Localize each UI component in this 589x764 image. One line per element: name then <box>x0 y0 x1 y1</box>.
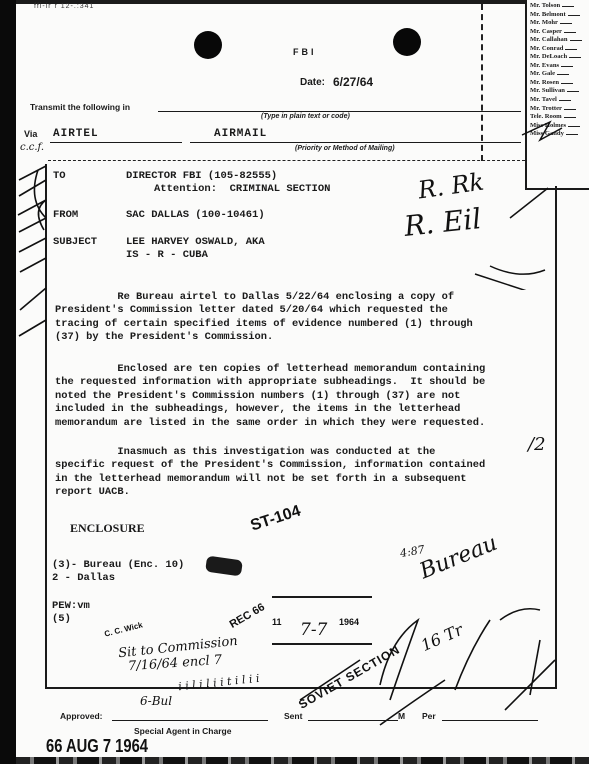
routing-list: Mr. TolsonMr. BelmontMr. MohrMr. CasperM… <box>525 0 589 190</box>
serial-stamp: ST-104 <box>248 502 303 535</box>
per-label: Per <box>422 711 436 721</box>
routing-entry: Mr. Gale <box>530 70 589 79</box>
agency-title: FBI <box>293 47 317 57</box>
margin-hatch-marks <box>16 160 50 350</box>
subject-line-2: IS - R - CUBA <box>126 249 208 261</box>
routing-blank <box>564 117 576 118</box>
routing-blank <box>559 100 571 101</box>
routing-entry: Mr. Rosen <box>530 79 589 88</box>
routing-entry: Mr. Mohr <box>530 19 589 28</box>
subject-line-1: LEE HARVEY OSWALD, AKA <box>126 236 265 248</box>
ink-blot-stamp <box>205 556 243 577</box>
routing-entry: Mr. Tolson <box>530 2 589 11</box>
via-line <box>50 142 182 143</box>
attention-line: Attention: CRIMINAL SECTION <box>154 183 330 195</box>
transmit-line <box>158 111 521 112</box>
punch-hole-left <box>194 31 222 59</box>
mailing-line <box>190 142 521 143</box>
paragraph-2: Enclosed are ten copies of letterhead me… <box>55 363 555 430</box>
to-value: DIRECTOR FBI (105-82555) <box>126 170 277 182</box>
routing-name: Mr. Mohr <box>530 19 558 26</box>
mailing-caption: (Priority or Method of Mailing) <box>295 145 395 152</box>
routing-blank <box>564 32 576 33</box>
routing-entry: Mr. Sullivan <box>530 87 589 96</box>
sent-label: Sent <box>284 711 302 721</box>
handwritten-note-3: 6-Bul <box>140 694 172 708</box>
routing-blank <box>567 91 579 92</box>
margin-scribble: c.c.f. <box>20 142 44 153</box>
routing-entry: Mr. Tavel <box>530 96 589 105</box>
routing-name: Mr. Evans <box>530 62 559 69</box>
stamp-line-top <box>272 596 372 598</box>
distribution-line-1: (3)- Bureau (Enc. 10) <box>52 559 184 571</box>
routing-entry: Mr. DeLoach <box>530 53 589 62</box>
from-value: SAC DALLAS (100-10461) <box>126 209 265 221</box>
approved-label: Approved: <box>60 711 103 721</box>
via-value: AIRTEL <box>53 128 99 140</box>
routing-blank <box>562 6 574 7</box>
routing-name: Mr. Callahan <box>530 36 568 43</box>
paragraph-1: Re Bureau airtel to Dallas 5/22/64 enclo… <box>55 291 555 345</box>
mailing-value: AIRMAIL <box>214 128 267 140</box>
routing-blank <box>560 23 572 24</box>
wick-stamp: C. C. Wick <box>103 620 143 638</box>
routing-name: Mr. Rosen <box>530 79 559 86</box>
typist-initials: PEW:vm <box>52 600 90 612</box>
scan-edge-bottom <box>16 757 589 764</box>
routing-entry: Mr. Evans <box>530 62 589 71</box>
routing-name: Mr. Tolson <box>530 2 560 9</box>
via-label: Via <box>24 129 37 139</box>
routing-name: Mr. Sullivan <box>530 87 565 94</box>
handwritten-mark-12: /2 <box>528 434 546 455</box>
routing-name: Mr. Casper <box>530 28 562 35</box>
routing-blank <box>568 126 580 127</box>
header-noise-text: ffi-ir r 12-.:341 <box>34 3 94 10</box>
handwritten-margin-number: 4:87 <box>399 543 426 560</box>
m-label: M <box>398 711 405 721</box>
routing-blank <box>565 49 577 50</box>
handwritten-margin-word: Bureau <box>416 531 501 585</box>
routing-entry: Mr. Callahan <box>530 36 589 45</box>
received-date-stamp: 66 AUG 7 1964 <box>46 736 148 757</box>
transmit-label: Transmit the following in <box>30 102 130 112</box>
distribution-line-2: 2 - Dallas <box>52 572 115 584</box>
copies-count: (5) <box>52 613 71 625</box>
routing-name: Mr. Tavel <box>530 96 557 103</box>
routing-name: Mr. Conrad <box>530 45 563 52</box>
subject-label: SUBJECT <box>53 236 97 248</box>
routing-entry: Mr. Casper <box>530 28 589 37</box>
date-value: 6/27/64 <box>333 75 373 89</box>
routing-blank <box>561 83 573 84</box>
transmit-caption: (Type in plain text or code) <box>261 113 350 120</box>
to-label: TO <box>53 170 66 182</box>
punch-hole-right <box>393 28 421 56</box>
paragraph-3: Inasmuch as this investigation was condu… <box>55 446 555 500</box>
routing-name: Mr. Gale <box>530 70 555 77</box>
routing-blank <box>570 40 582 41</box>
from-label: FROM <box>53 209 78 221</box>
routing-blank <box>568 15 580 16</box>
sent-line <box>308 720 398 721</box>
date-label: Date: <box>300 77 325 88</box>
routing-blank <box>566 134 578 135</box>
routing-entry: Mr. Conrad <box>530 45 589 54</box>
approved-line <box>112 720 268 721</box>
header-divider <box>48 160 525 161</box>
routing-name: Mr. Belmont <box>530 11 566 18</box>
scan-edge-left <box>0 0 16 764</box>
routing-name: Mr. DeLoach <box>530 53 567 60</box>
scan-edge-top <box>16 0 589 4</box>
per-line <box>442 720 538 721</box>
sac-caption: Special Agent in Charge <box>134 726 231 736</box>
routing-blank <box>564 109 576 110</box>
routing-blank <box>569 57 581 58</box>
routing-checkmark <box>520 110 565 150</box>
routing-blank <box>561 66 573 67</box>
routing-divider <box>481 4 483 161</box>
handwritten-strokes-top <box>440 170 560 290</box>
routing-blank <box>557 74 569 75</box>
enclosure-label: ENCLOSURE <box>70 521 145 536</box>
routing-entry: Mr. Belmont <box>530 11 589 20</box>
